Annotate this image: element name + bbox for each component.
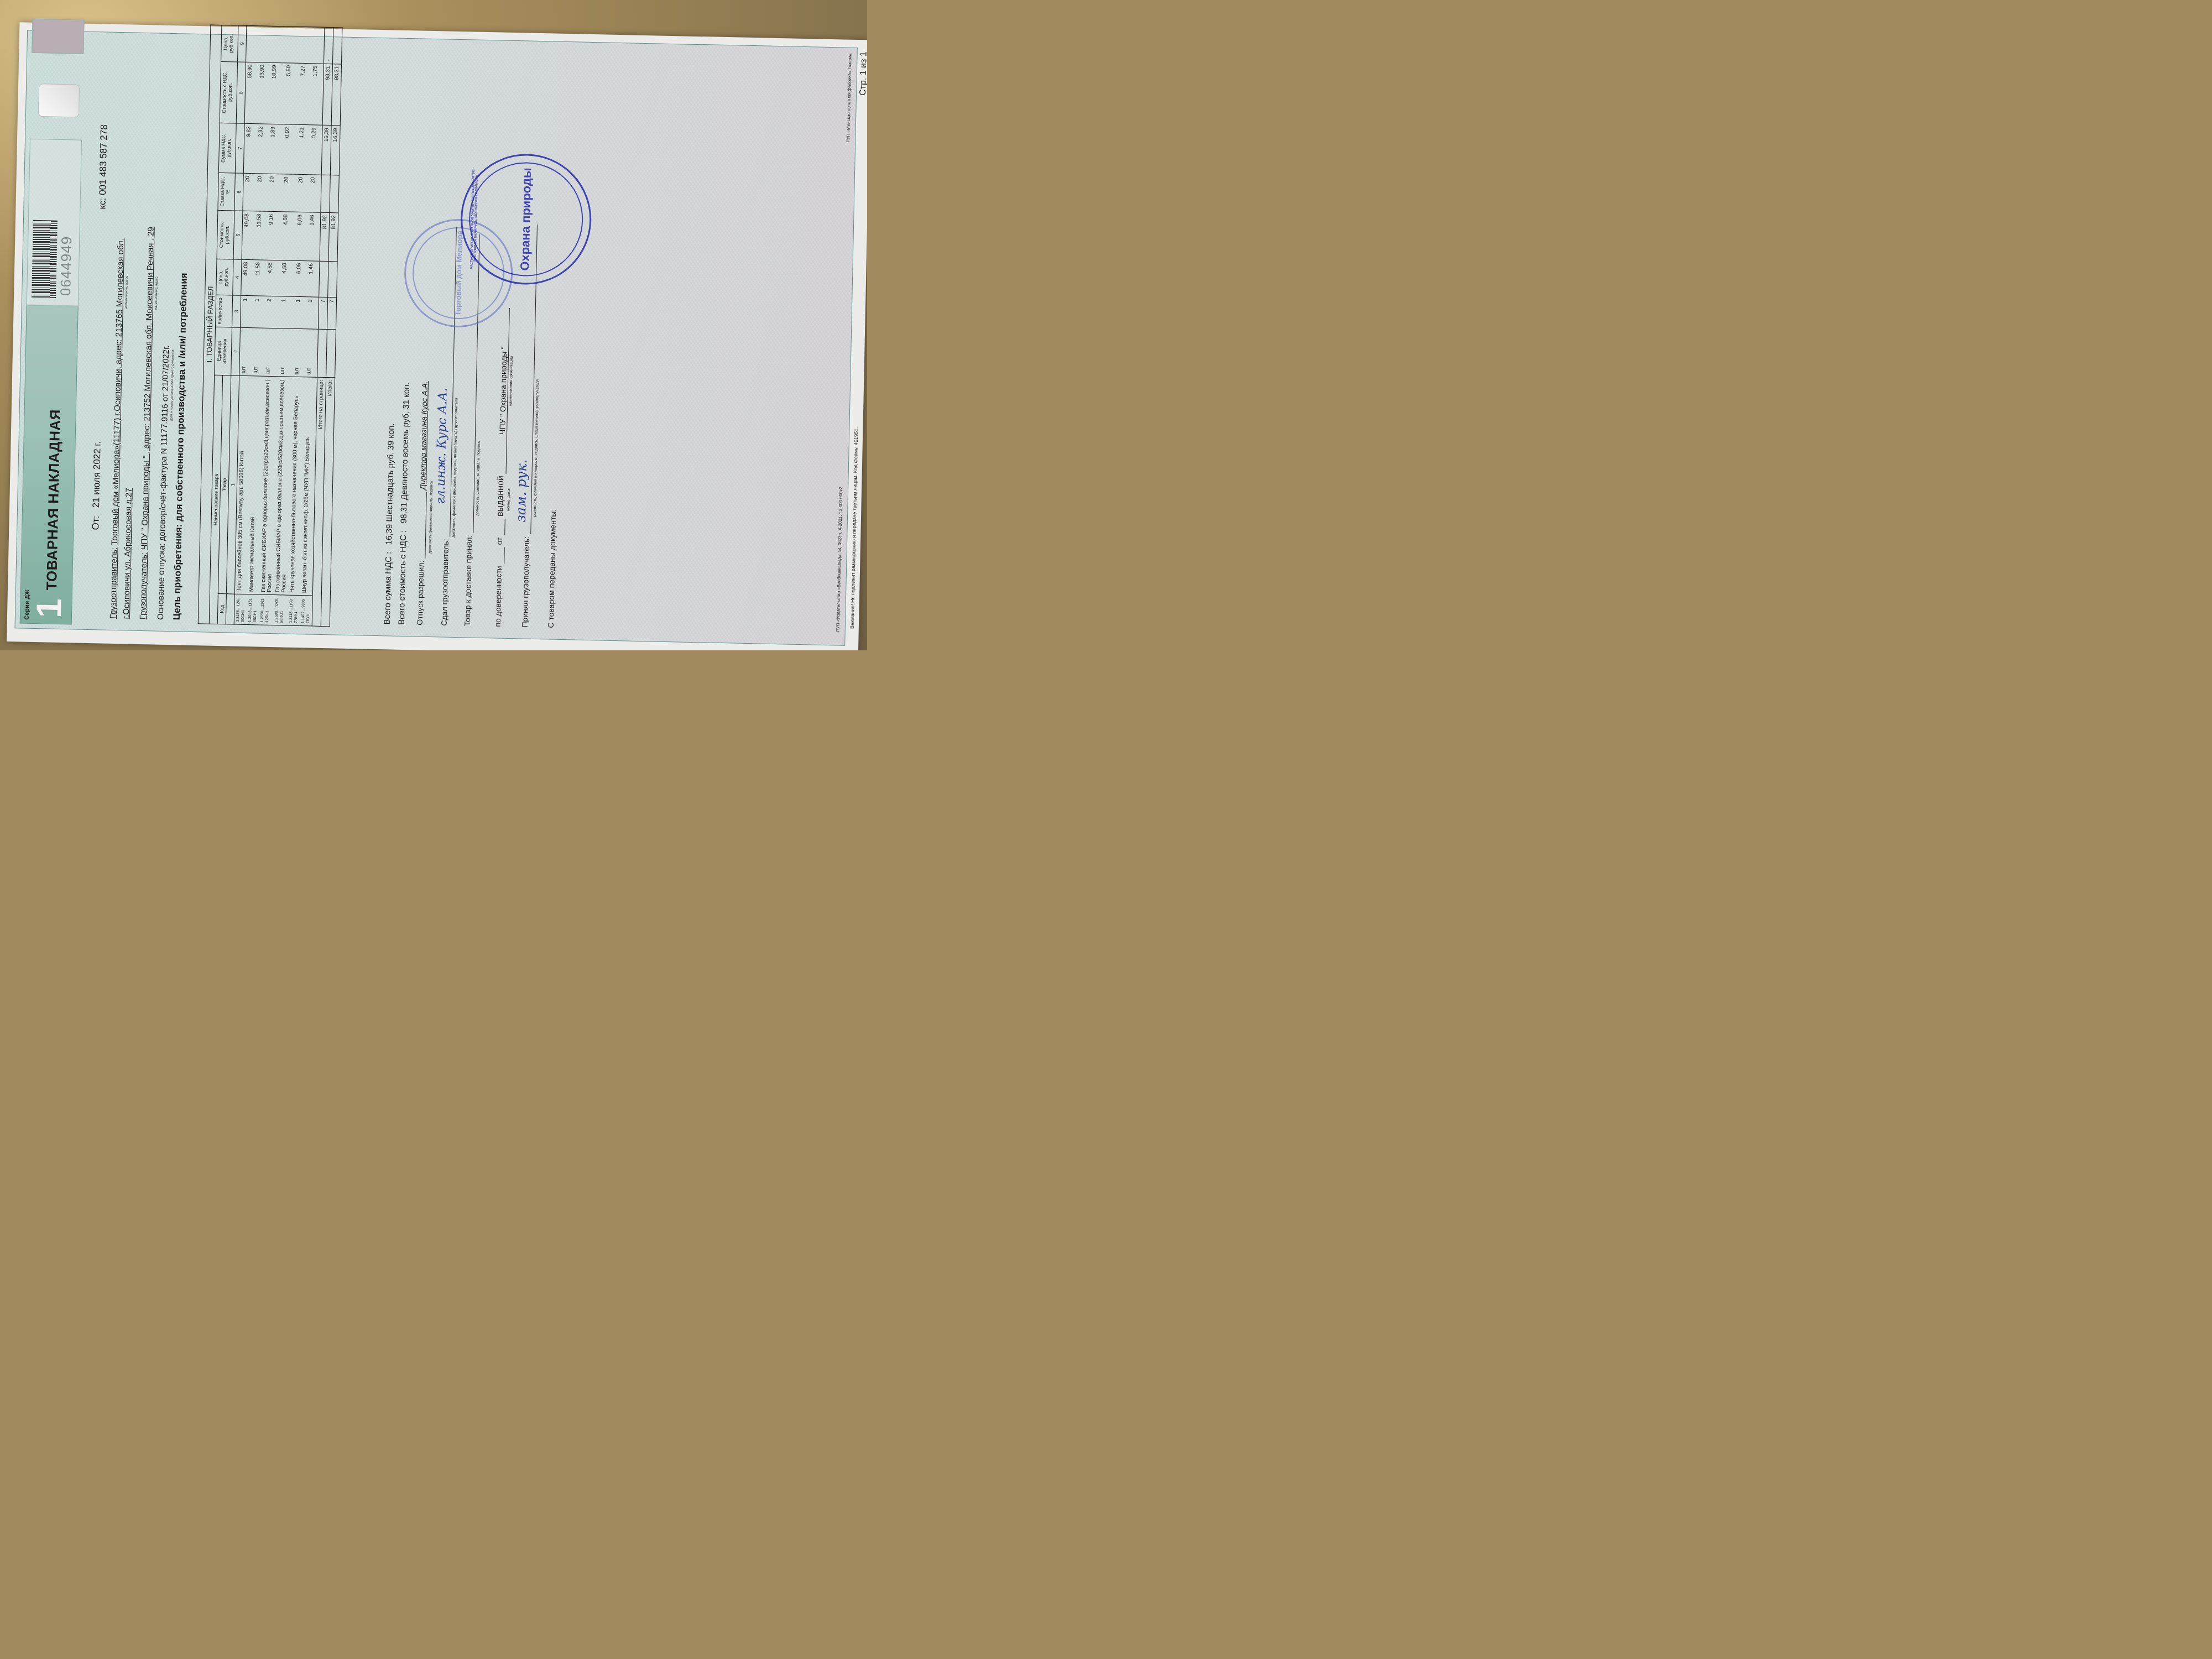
- col-num: 4: [233, 259, 242, 296]
- cell-price: 4,58: [280, 260, 295, 296]
- released-value: Директор магазина Курс А.А.: [418, 381, 429, 490]
- waybill-sheet: Серия ДЖ 1 ТОВАРНАЯ НАКЛАДНАЯ 0644949 От…: [7, 22, 867, 650]
- cell-retail: [299, 27, 312, 63]
- poa-from: от: [495, 537, 504, 545]
- issued-caption: наименование организации: [509, 356, 514, 406]
- cell-cost: 11,58: [254, 211, 268, 260]
- cell-vat-sum: 0,29: [309, 125, 322, 175]
- page-total-retail: -: [324, 27, 333, 64]
- handed-caption: должность, фамилия и инициалы, подпись, …: [452, 398, 458, 538]
- poa-row: по доверенности от выданной ЧПУ " Охрана…: [493, 307, 510, 627]
- document-photo: Серия ДЖ 1 ТОВАРНАЯ НАКЛАДНАЯ 0644949 От…: [0, 0, 867, 650]
- security-strip: [32, 19, 84, 54]
- empty-cell: [319, 261, 328, 298]
- cell-vat-rate: 20: [243, 173, 256, 211]
- cell-retail: [246, 25, 259, 62]
- date-prefix: От:: [90, 515, 101, 530]
- consignee-stamp-ring-text: ЧАСТНОЕ ПРИРОДООХРАННОЕ УНИТАРНОЕ ПРЕДПР…: [470, 165, 479, 270]
- grand-total-cost: 81,92: [328, 213, 338, 262]
- accepted-caption: должность, фамилия и инициалы, подпись, …: [533, 379, 540, 517]
- grand-total-retail: -: [333, 28, 342, 64]
- cell-total: 58,90: [244, 62, 258, 124]
- delivery-caption: должность, фамилия, инициалы, подпись: [476, 441, 481, 516]
- col-num: 6: [234, 173, 243, 211]
- cell-qty: 2: [265, 296, 280, 328]
- cell-vat-sum: 1,83: [268, 124, 284, 174]
- cell-vat-sum: 2,32: [256, 124, 269, 174]
- delivery-label: Товар к доставке принял:: [463, 535, 473, 626]
- col-num: 9: [238, 25, 247, 62]
- page-total-qty: 7: [318, 297, 327, 329]
- header-unit: Единица измерения: [215, 327, 232, 375]
- handed-handwriting: гл.инж. Курс А.А.: [434, 388, 450, 504]
- cell-total: 13,90: [257, 62, 270, 124]
- cell-vat-rate: 20: [308, 175, 321, 213]
- empty-cell: [330, 175, 339, 213]
- cell-retail: [311, 27, 325, 64]
- cell-cost: 49,08: [242, 211, 255, 259]
- document-number: 0644949: [57, 236, 75, 296]
- cell-unit: шт: [278, 328, 294, 377]
- cell-qty: 1: [279, 296, 294, 328]
- shipper-caption: наименование, адрес: [125, 276, 129, 310]
- page-total-cost: 81,92: [320, 212, 330, 261]
- cell-retail: [258, 26, 271, 62]
- printer-info: РУП «Издательство «Белбланкавыд», з4, 06…: [836, 487, 843, 632]
- accepted-label: Принял грузополучатель:: [520, 536, 531, 628]
- page-number: Стр. 1 из 1: [858, 51, 867, 96]
- empty-cell: [328, 261, 337, 298]
- cell-code: 1.2590…1205 58RU1: [273, 595, 288, 626]
- shipper-value: Торговый дом «Мелиора»(11177) г.Осипович…: [110, 238, 126, 545]
- header-price: Цена, руб.коп.: [216, 259, 233, 295]
- cell-code: 1.1407…9305 7BY1: [300, 596, 313, 626]
- empty-cell: [317, 329, 327, 378]
- poa-number-line[interactable]: [495, 547, 505, 564]
- header-total-with-vat: Стоимость с НДС, руб.коп.: [220, 61, 237, 123]
- printer-info-right: РУП «Минская печатная фабрика» Гознака: [846, 54, 852, 143]
- cell-vat-rate: 20: [255, 174, 268, 212]
- goods-rows: 1.3158…1202 00CH1Тент для бассейнов 305 …: [234, 25, 325, 626]
- header-code: Код: [217, 593, 226, 624]
- cell-vat-rate: 20: [296, 174, 309, 212]
- cell-code: 1.2590…1181 12RU1: [259, 594, 274, 625]
- cell-qty: 1: [306, 297, 319, 329]
- cell-retail: [270, 26, 285, 62]
- cell-vat-sum: 0,92: [283, 124, 298, 174]
- grand-total-with-vat: 98,31: [331, 64, 341, 126]
- total-summary-value: 98,31 Девяносто восемь руб. 31 коп.: [399, 382, 411, 523]
- issued-label: выданной: [495, 476, 506, 517]
- accepted-handwriting: зам. рук.: [513, 459, 530, 522]
- cell-vat-rate: 20: [267, 174, 282, 212]
- cell-code: 1.2118…1198 77BY1: [288, 595, 300, 625]
- grand-total-vat: 16,39: [330, 126, 340, 175]
- cell-price: 1,46: [306, 260, 320, 297]
- basis-label: Основание отпуска:: [156, 543, 167, 620]
- cell-qty: 1: [294, 296, 306, 328]
- cell-vat-sum: 9,82: [243, 124, 257, 174]
- cell-retail: [285, 27, 300, 63]
- cell-total: 7,27: [298, 63, 311, 125]
- col-num: 3: [232, 295, 241, 327]
- barcode-box: 0644949: [27, 139, 82, 307]
- released-caption: должность,фамилия,инициалы, подпись: [428, 481, 434, 554]
- issued-value: ЧПУ " Охрана природы ": [497, 307, 510, 473]
- date-line: От: 21 июля 2022 г.: [90, 441, 103, 530]
- empty-cell: [321, 175, 330, 212]
- cell-unit: шт: [305, 328, 318, 377]
- released-row: Отпуск разрешил: Директор магазина Курс …: [415, 381, 429, 625]
- consignee-label: Грузополучатель:: [138, 552, 149, 619]
- cell-unit: шт: [252, 327, 265, 376]
- kc-code: кс: 001 483 587 278: [97, 124, 109, 210]
- consignee-value: ЧПУ " Охрана природы " , адрес: 213752 М…: [140, 227, 156, 550]
- cell-vat-rate: 20: [281, 174, 296, 212]
- hologram-icon: [38, 84, 80, 118]
- header-retail-price: Цена, руб.коп.: [221, 25, 238, 61]
- cell-price: 11,58: [253, 259, 266, 296]
- poa-caption: номер, дата: [507, 489, 511, 511]
- vat-summary-label: Всего сумма НДС :: [383, 552, 394, 625]
- consignee-line: Грузополучатель: ЧПУ " Охрана природы " …: [138, 227, 156, 619]
- vat-summary-value: 16,39 Шестнадцать руб. 39 коп.: [384, 423, 397, 545]
- header-cost: Стоимость, руб.коп.: [217, 211, 234, 259]
- purpose-line: Цель приобретения: для собственного прои…: [171, 273, 190, 620]
- cell-total: 5,50: [284, 62, 299, 124]
- released-signature-line[interactable]: [416, 492, 427, 558]
- cell-price: 6,06: [294, 260, 307, 297]
- page-total-vat: 16,39: [321, 126, 331, 175]
- cell-qty: 1: [240, 295, 253, 327]
- released-label: Отпуск разрешил:: [415, 560, 425, 625]
- waybill-form: Серия ДЖ 1 ТОВАРНАЯ НАКЛАДНАЯ 0644949 От…: [14, 30, 857, 646]
- cell-cost: 9,16: [267, 211, 282, 260]
- col-num: [226, 594, 234, 624]
- document-title: ТОВАРНАЯ НАКЛАДНАЯ: [43, 409, 64, 591]
- docs-label: С товаром переданы документы:: [546, 509, 558, 628]
- document-date: 21 июля 2022 г.: [91, 441, 103, 508]
- summary-block: Всего сумма НДС : 16,39 Шестнадцать руб.…: [380, 382, 414, 625]
- basis-value: договор/счёт-фактура N 11177.9116 от 21/…: [158, 345, 171, 541]
- cell-code: 1.3158…1202 00CH1: [234, 594, 247, 624]
- cell-price: 49,08: [241, 259, 254, 296]
- poa-label: по доверенности: [493, 566, 503, 627]
- cell-code: 1.3043…1161 35CH1: [247, 594, 259, 625]
- copy-number: 1: [33, 597, 65, 618]
- header-qty: Количество: [216, 295, 233, 327]
- basis-caption: дата и номер договора или другого докуме…: [170, 349, 175, 421]
- cell-total: 10,99: [269, 62, 285, 124]
- form-header: Серия ДЖ 1 ТОВАРНАЯ НАКЛАДНАЯ 0644949: [15, 31, 90, 629]
- grand-total-qty: 7: [327, 298, 336, 330]
- handed-label: Сдал грузоотправитель:: [440, 539, 450, 625]
- cell-unit: шт: [239, 327, 253, 376]
- barcode-icon: [32, 220, 58, 298]
- cell-vat-sum: 1,21: [297, 125, 310, 175]
- cell-unit: шт: [293, 328, 306, 377]
- header-vat-sum: Сумма НДС, руб.коп.: [218, 123, 236, 173]
- reproduction-warning: Внимание! Не подлежит размножению и пере…: [849, 427, 859, 629]
- cell-unit: шт: [264, 328, 279, 377]
- cell-cost: 1,46: [307, 212, 321, 261]
- goods-table: I. ТОВАРНЫЙ РАЗДЕЛ Наименование товара Е…: [198, 24, 343, 627]
- cell-cost: 6,06: [295, 212, 309, 260]
- cell-cost: 4,58: [281, 212, 296, 260]
- shipper-line-2: г.Осиповичи ул. Абрикосовая д.27: [122, 488, 134, 619]
- cell-qty: 1: [253, 296, 265, 328]
- stamp-inner-ring: [468, 161, 584, 277]
- consignee-caption: наименование, адрес: [155, 276, 159, 310]
- shipper-address: г.Осиповичи ул. Абрикосовая д.27: [122, 488, 134, 619]
- cell-price: 4,58: [265, 260, 280, 296]
- docs-row: С товаром переданы документы:: [546, 509, 558, 628]
- empty-cell: [326, 329, 336, 378]
- title-band: Серия ДЖ 1 ТОВАРНАЯ НАКЛАДНАЯ: [20, 305, 79, 625]
- poa-date-line[interactable]: [495, 519, 505, 535]
- cell-total: 1,75: [310, 63, 324, 125]
- total-summary-label: Всего стоимость с НДС :: [397, 530, 409, 625]
- shipper-label: Грузоотправитель:: [108, 547, 119, 619]
- header-vat-rate: Ставка НДС, %: [218, 173, 235, 211]
- basis-line: Основание отпуска: договор/счёт-фактура …: [156, 345, 171, 620]
